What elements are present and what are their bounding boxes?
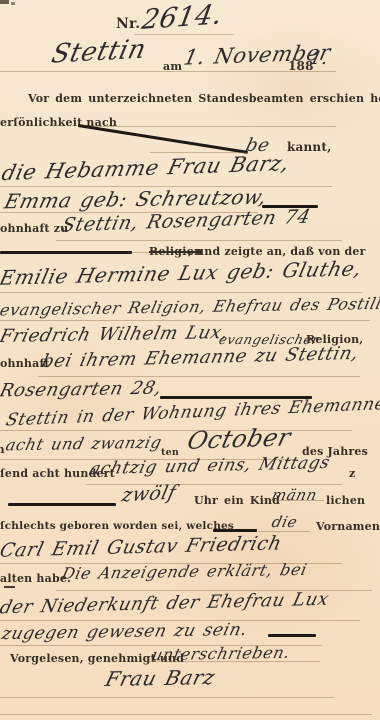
birth-hour: zwölf [120, 483, 178, 505]
am-label: am [163, 61, 182, 72]
die-handwritten: die [270, 515, 299, 530]
year-handwritten: 1. [308, 50, 331, 68]
z-fragment: z [349, 468, 355, 479]
residence-line2: bei ihrem Ehemanne zu Stettin, [40, 345, 361, 371]
hyphen-mark [4, 586, 15, 588]
registry-number-label: Nr. [116, 17, 140, 31]
blank-line [80, 126, 336, 127]
blank-line [0, 430, 352, 431]
lichen-printed: lichen [326, 495, 365, 506]
birth-month: October [185, 425, 293, 453]
unterschrieben-hw: unterschrieben. [150, 645, 292, 663]
place-name: Stettin [49, 36, 149, 67]
birthplace-line: Stettin in der Wohnung ihres Ehemannes [4, 395, 380, 429]
zeigte-an-printed: , und zeigte an, daß von der [188, 246, 366, 257]
mother-religion-line: evangelischer Religion, Ehefrau des Post… [0, 295, 380, 318]
signature: Frau Barz [104, 667, 218, 689]
blank-line [0, 320, 370, 321]
father-name: Friedrich Wilhelm Lux, [0, 324, 230, 346]
cancellation-stroke [78, 124, 248, 153]
child-names: Carl Emil Gustav Friedrich [0, 534, 284, 560]
registry-document-page: Nr. 2614. Stettin am 1. November 188 1. … [0, 0, 380, 720]
blank-line [0, 714, 372, 715]
anzeigende-line: Die Anzeigende erklärt, bei [60, 562, 309, 582]
blank-line [38, 376, 360, 377]
intro-text: Vor dem unterzeichneten Standesbeamten e… [28, 93, 380, 104]
geschlechts-printed: ſchlechts geboren worden sei, welches [0, 521, 234, 532]
wohnhaft-zu-printed: ohnhaft zu [0, 223, 68, 234]
declarant-line1: die Hebamme Frau Barz, [0, 153, 292, 184]
corner-mark [11, 2, 15, 5]
niederkunft-line: der Niederkunft der Ehefrau Lux [0, 591, 331, 618]
residence-line3: Rosengarten 28, [0, 380, 164, 401]
fill-dash [0, 251, 132, 254]
mother-name: Emilie Hermine Lux geb: Gluthe, [0, 258, 364, 288]
gender-word: männ [270, 488, 319, 503]
registry-number-value: 2614. [140, 1, 225, 34]
blank-line [56, 240, 342, 241]
birth-day: acht und zwanzig [4, 435, 163, 454]
blank-line [0, 697, 334, 698]
fill-dash [213, 529, 257, 532]
zugegen-line: zugegen gewesen zu sein. [0, 622, 249, 643]
bekannt-printed: kannt, [287, 141, 331, 153]
fill-dash [8, 503, 116, 506]
corner-mark [0, 0, 9, 4]
vornamen-printed: Vornamen [316, 521, 380, 532]
year-in-words: achtzig und eins, Mittags [88, 455, 332, 478]
fill-dash [268, 634, 316, 637]
blank-line [0, 292, 362, 293]
